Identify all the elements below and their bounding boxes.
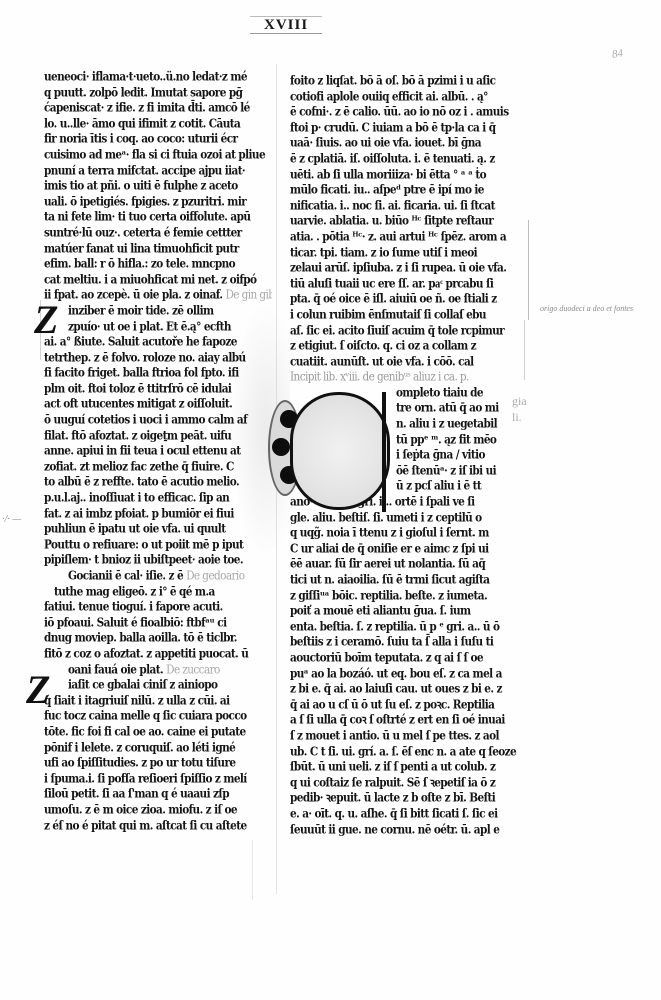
rubric-li: li. — [512, 410, 522, 425]
initial-z: Z — [34, 300, 58, 340]
rubric: De zuccaro — [166, 663, 220, 677]
text-line: ſeuuūt ii gue. ne cornu. nē oétr. ū. apl… — [290, 821, 522, 838]
rubric-gia: gia — [512, 394, 527, 409]
folio-number: 84 — [611, 47, 624, 60]
running-title: XVIII — [250, 16, 322, 34]
right-margin-line-lower — [524, 320, 525, 380]
initial-z: Z — [26, 670, 50, 710]
left-column-frame-bottom — [252, 840, 253, 900]
right-margin-line — [528, 220, 529, 320]
initial-c-bar — [382, 392, 386, 512]
left-text-column: ueneoci· iflama·t·ueto..ü.no ledat·z mé … — [44, 70, 272, 834]
text-line: z éſ no é pitat qui m. aſtcat ſi cu aſte… — [44, 817, 272, 834]
manuscript-page: XVIII 84 ueneoci· iflama·t·ueto..ü.no le… — [0, 0, 661, 1000]
rubric: De gin giber — [225, 288, 272, 302]
decorated-initial-c — [290, 392, 390, 510]
rubric: De gedoario — [186, 569, 244, 583]
right-marginal-note: origo duodeci a deo et fontes — [540, 304, 633, 313]
left-marginal-note: ·/· — — [2, 514, 21, 525]
